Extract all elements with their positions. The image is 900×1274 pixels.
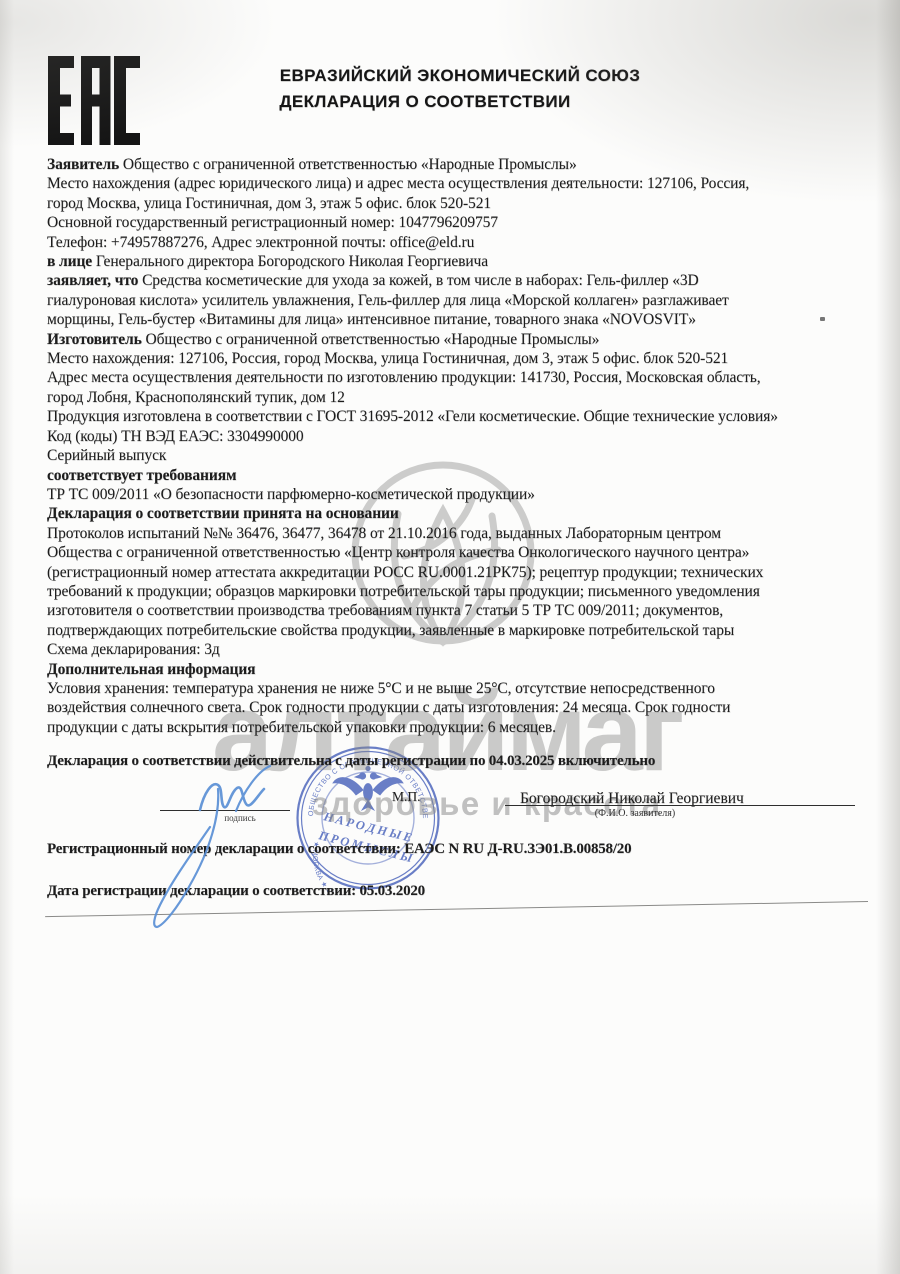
- body-line: в лице Генерального директора Богородско…: [47, 252, 875, 271]
- body-line: Продукция изготовлена в соответствии с Г…: [47, 407, 875, 426]
- photo-shadow-right-edge: [876, 0, 900, 1274]
- body-line: город Лобня, Краснополянский тупик, дом …: [47, 388, 875, 407]
- body-line: Дополнительная информация: [47, 660, 875, 679]
- body-line: продукции с даты вскрытия потребительско…: [47, 718, 875, 737]
- eac-mark-icon: [48, 56, 140, 145]
- body-line: морщины, Гель-бустер «Витамины для лица»…: [47, 310, 875, 329]
- body-line: требований к продукции; образцов маркиро…: [47, 582, 875, 601]
- body-line: Место нахождения: 127106, Россия, город …: [47, 349, 875, 368]
- body-line: Протоколов испытаний №№ 36476, 36477, 36…: [47, 524, 875, 543]
- document-title-union: ЕВРАЗИЙСКИЙ ЭКОНОМИЧЕСКИЙ СОЮЗ: [230, 66, 690, 86]
- body-line: Адрес места осуществления деятельности п…: [47, 368, 875, 387]
- applicant-name-line: [505, 805, 855, 806]
- body-line: Основной государственный регистрационный…: [47, 213, 875, 232]
- body-line: Условия хранения: температура хранения н…: [47, 679, 875, 698]
- body-line: заявляет, что Средства косметические для…: [47, 271, 875, 290]
- document-body: Заявитель Общество с ограниченной ответс…: [47, 155, 875, 737]
- stamp-place-label: М.П.: [392, 789, 421, 805]
- applicant-name-caption: (Ф.И.О. заявителя): [540, 808, 730, 819]
- ink-speck: [820, 317, 825, 321]
- body-line: изготовителя о соответствии производства…: [47, 601, 875, 620]
- body-line: Изготовитель Общество с ограниченной отв…: [47, 330, 875, 349]
- document-title-declaration: ДЕКЛАРАЦИЯ О СООТВЕТСТВИИ: [195, 92, 655, 112]
- body-line: воздействия солнечного света. Срок годно…: [47, 698, 875, 717]
- body-line: город Москва, улица Гостиничная, дом 3, …: [47, 194, 875, 213]
- body-line: подтверждающих потребительские свойства …: [47, 621, 875, 640]
- body-line: Место нахождения (адрес юридического лиц…: [47, 174, 875, 193]
- signature-ink: [140, 755, 340, 945]
- body-line: ТР ТС 009/2011 «О безопасности парфюмерн…: [47, 485, 875, 504]
- document-page: ЕВРАЗИЙСКИЙ ЭКОНОМИЧЕСКИЙ СОЮЗ ДЕКЛАРАЦИ…: [0, 0, 900, 1274]
- body-line: Заявитель Общество с ограниченной ответс…: [47, 155, 875, 174]
- body-line: Телефон: +74957887276, Адрес электронной…: [47, 233, 875, 252]
- body-line: Код (коды) ТН ВЭД ЕАЭС: 3304990000: [47, 427, 875, 446]
- body-line: (регистрационный номер аттестата аккреди…: [47, 563, 875, 582]
- validity-line: Декларация о соответствии действительна …: [47, 753, 655, 770]
- body-line: гиалуроновая кислота» усилитель увлажнен…: [47, 291, 875, 310]
- body-line: соответствует требованиям: [47, 466, 875, 485]
- body-line: Общества с ограниченной ответственностью…: [47, 543, 875, 562]
- body-line: Декларация о соответствии принята на осн…: [47, 504, 875, 523]
- photo-shadow-left-edge: [0, 0, 14, 1274]
- body-line: Схема декларирования: 3д: [47, 640, 875, 659]
- photo-shadow-bottom: [0, 1194, 900, 1274]
- body-line: Серийный выпуск: [47, 446, 875, 465]
